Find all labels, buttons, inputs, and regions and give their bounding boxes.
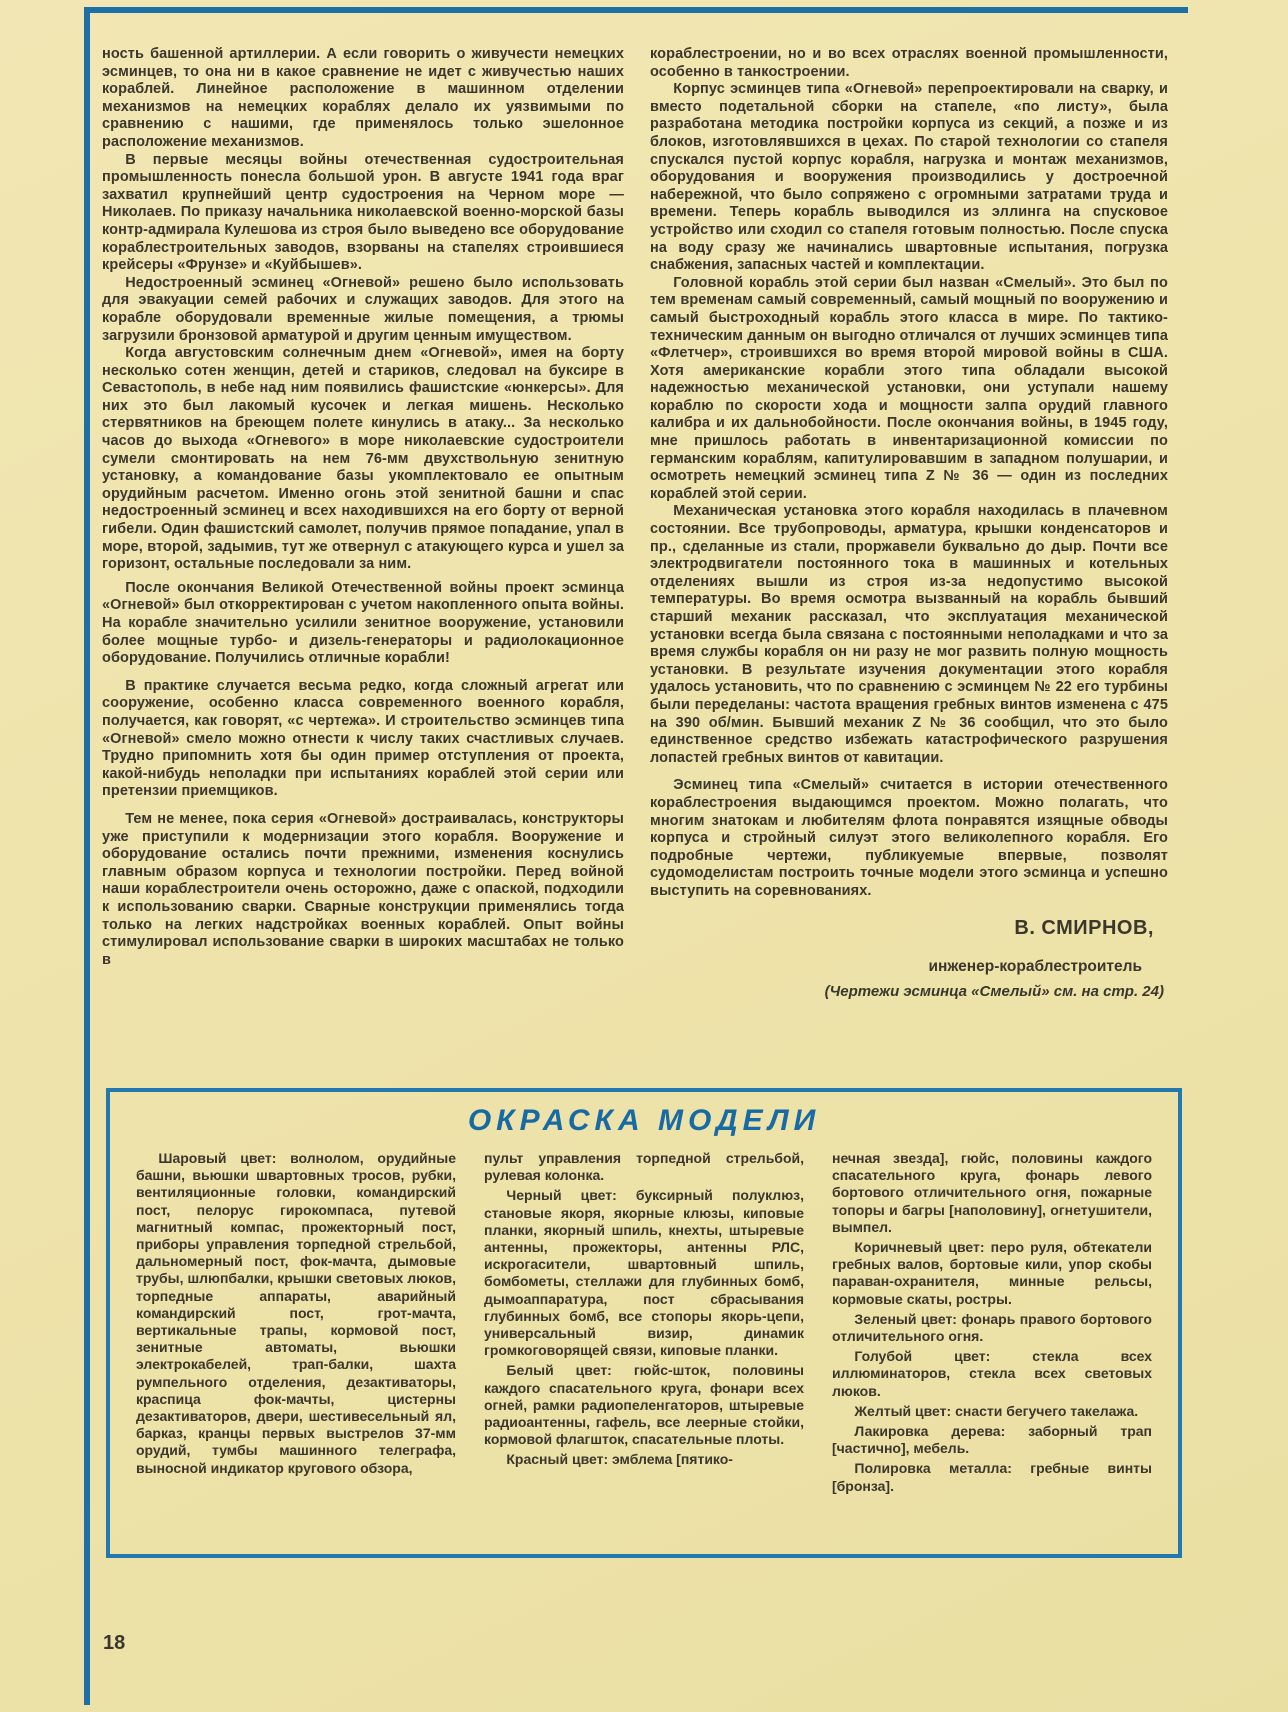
author-title: инженер-кораблестроитель [650, 958, 1168, 976]
paragraph: Черный цвет: буксирный полуклюз, становы… [484, 1187, 804, 1359]
paragraph: Тем не менее, пока серия «Огневой» достр… [102, 811, 624, 969]
paint-box-column-2: пульт управления торпедной стрельбой, ру… [484, 1150, 804, 1495]
paragraph: Желтый цвет: снасти бегучего такелажа. [832, 1403, 1152, 1420]
paragraph: Зеленый цвет: фонарь правого бортового о… [832, 1311, 1152, 1345]
paragraph: Белый цвет: гюйс-шток, половины каждого … [484, 1362, 804, 1448]
paint-box-column-1: Шаровый цвет: волнолом, орудийные башни,… [136, 1150, 456, 1495]
author-name: В. СМИРНОВ, [650, 917, 1168, 940]
paragraph: После окончания Великой Отечественной во… [102, 580, 624, 668]
article-left-column: ность башенной артиллерии. А если говори… [102, 46, 624, 969]
paint-box-column-3: нечная звезда], гюйс, половины каждого с… [832, 1150, 1152, 1495]
signature-block: В. СМИРНОВ, инженер-кораблестроитель (Че… [650, 917, 1168, 1000]
paragraph: Голубой цвет: стекла всех иллюминаторов,… [832, 1348, 1152, 1400]
paragraph: кораблестроении, но и во всех отраслях в… [650, 46, 1168, 81]
paragraph: Когда августовским солнечным днем «Огнев… [102, 345, 624, 574]
paragraph: Недостроенный эсминец «Огневой» решено б… [102, 275, 624, 345]
paragraph: ность башенной артиллерии. А если говори… [102, 46, 624, 152]
article-right-column: кораблестроении, но и во всех отраслях в… [650, 46, 1168, 1000]
paragraph: Эсминец типа «Смелый» считается в истори… [650, 777, 1168, 900]
page-number: 18 [103, 1632, 125, 1655]
magazine-page: ность башенной артиллерии. А если говори… [0, 0, 1288, 1712]
paragraph: Механическая установка этого корабля нах… [650, 503, 1168, 767]
left-rule [84, 7, 90, 1705]
paragraph: Лакировка дерева: заборный трап [частичн… [832, 1423, 1152, 1457]
paragraph: В первые месяцы войны отечественная судо… [102, 152, 624, 275]
paragraph: Красный цвет: эмблема [пятико- [484, 1451, 804, 1468]
paragraph: пульт управления торпедной стрельбой, ру… [484, 1150, 804, 1184]
top-rule [84, 7, 1188, 13]
paint-scheme-box: ОКРАСКА МОДЕЛИ Шаровый цвет: волнолом, о… [106, 1088, 1182, 1558]
paragraph: В практике случается весьма редко, когда… [102, 678, 624, 801]
paragraph: Шаровый цвет: волнолом, орудийные башни,… [136, 1150, 456, 1477]
drawings-reference-note: (Чертежи эсминца «Смелый» см. на стр. 24… [650, 983, 1168, 1000]
paragraph: нечная звезда], гюйс, половины каждого с… [832, 1150, 1152, 1236]
paragraph: Головной корабль этой серии был назван «… [650, 275, 1168, 504]
paragraph: Полировка металла: гребные винты [бронза… [832, 1460, 1152, 1494]
paragraph: Коричневый цвет: перо руля, обтекатели г… [832, 1239, 1152, 1308]
paint-box-title: ОКРАСКА МОДЕЛИ [110, 1104, 1178, 1138]
paragraph: Корпус эсминцев типа «Огневой» перепроек… [650, 81, 1168, 275]
paint-box-columns: Шаровый цвет: волнолом, орудийные башни,… [110, 1138, 1178, 1511]
